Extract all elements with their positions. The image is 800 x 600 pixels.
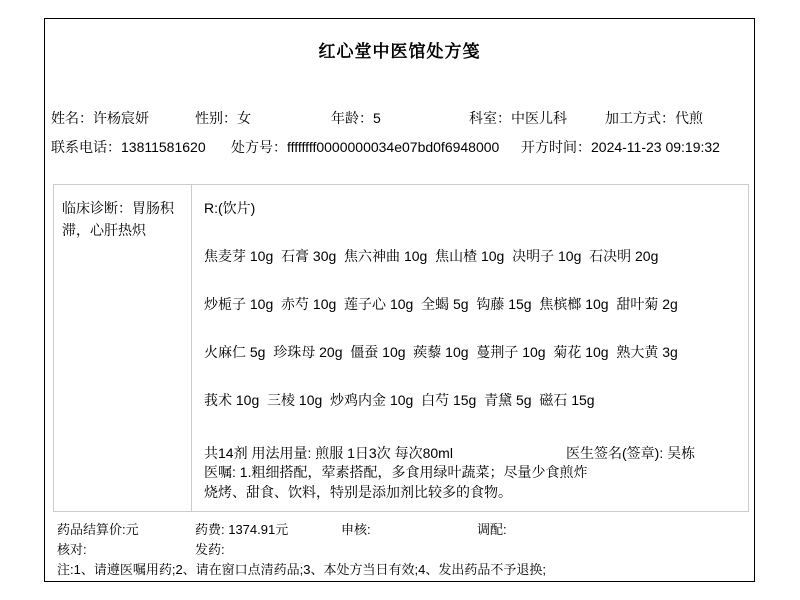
herb-line: 火麻仁 5g 珍珠母 20g 僵蚕 10g 蒺藜 10g 蔓荆子 10g 菊花 … (204, 342, 742, 362)
check-field: 核对: (57, 539, 87, 558)
patient-age-field: 年龄：5 (331, 108, 381, 128)
review-field: 申核: (341, 519, 371, 538)
processing-method-field: 加工方式：代煎 (605, 108, 703, 128)
document-frame: 红心堂中医馆处方笺 姓名：许杨宸妍 性别：女 年龄：5 科室：中医儿科 加工方式… (44, 18, 755, 582)
medical-advice-text: 医嘱: 1.粗细搭配，荤素搭配，多食用绿叶蔬菜；尽量少食煎炸烧烤、甜食、饮料，特… (204, 462, 596, 502)
herb-line: 炒栀子 10g 赤芍 10g 莲子心 10g 全蝎 5g 钩藤 15g 焦槟榔 … (204, 294, 742, 314)
usage-dosage-text: 共14剂 用法用量: 煎服 1日3次 每次80ml (204, 443, 453, 463)
prescription-time-field: 开方时间：2024-11-23 09:19:32 (521, 137, 720, 157)
patient-name-field: 姓名：许杨宸妍 (51, 108, 149, 128)
diagnosis-text: 临床诊断：胃肠积滞，心肝热炽 (62, 200, 174, 238)
herb-line: 焦麦芽 10g 石膏 30g 焦六神曲 10g 焦山楂 10g 决明子 10g … (204, 246, 742, 266)
patient-gender-field: 性别：女 (195, 108, 251, 128)
prescription-number-field: 处方号：ffffffff0000000034e07bd0f6948000 (231, 137, 499, 157)
page-title: 红心堂中医馆处方笺 (45, 37, 754, 62)
diagnosis-cell: 临床诊断：胃肠积滞，心肝热炽 (54, 185, 192, 511)
rx-cell: R:(饮片) 焦麦芽 10g 石膏 30g 焦六神曲 10g 焦山楂 10g 决… (192, 185, 748, 511)
settle-price-field: 药品结算价:元 (57, 519, 139, 538)
dispense-field: 发药: (195, 539, 225, 558)
rx-header: R:(饮片) (204, 198, 255, 218)
medicine-fee-field: 药费: 1374.91元 (195, 519, 288, 538)
department-field: 科室：中医儿科 (469, 108, 567, 128)
contact-phone-field: 联系电话：13811581620 (51, 137, 206, 157)
compound-field: 调配: (477, 519, 507, 538)
herb-line: 莪术 10g 三棱 10g 炒鸡内金 10g 白芍 15g 青黛 5g 磁石 1… (204, 390, 742, 410)
doctor-signature: 医生签名(签章): 吴栋 (566, 443, 695, 463)
prescription-page: 红心堂中医馆处方笺 姓名：许杨宸妍 性别：女 年龄：5 科室：中医儿科 加工方式… (0, 0, 800, 600)
notes-text: 注:1、请遵医嘱用药;2、请在窗口点清药品;3、本处方当日有效;4、发出药品不予… (57, 559, 546, 578)
prescription-table: 临床诊断：胃肠积滞，心肝热炽 R:(饮片) 焦麦芽 10g 石膏 30g 焦六神… (53, 184, 749, 512)
